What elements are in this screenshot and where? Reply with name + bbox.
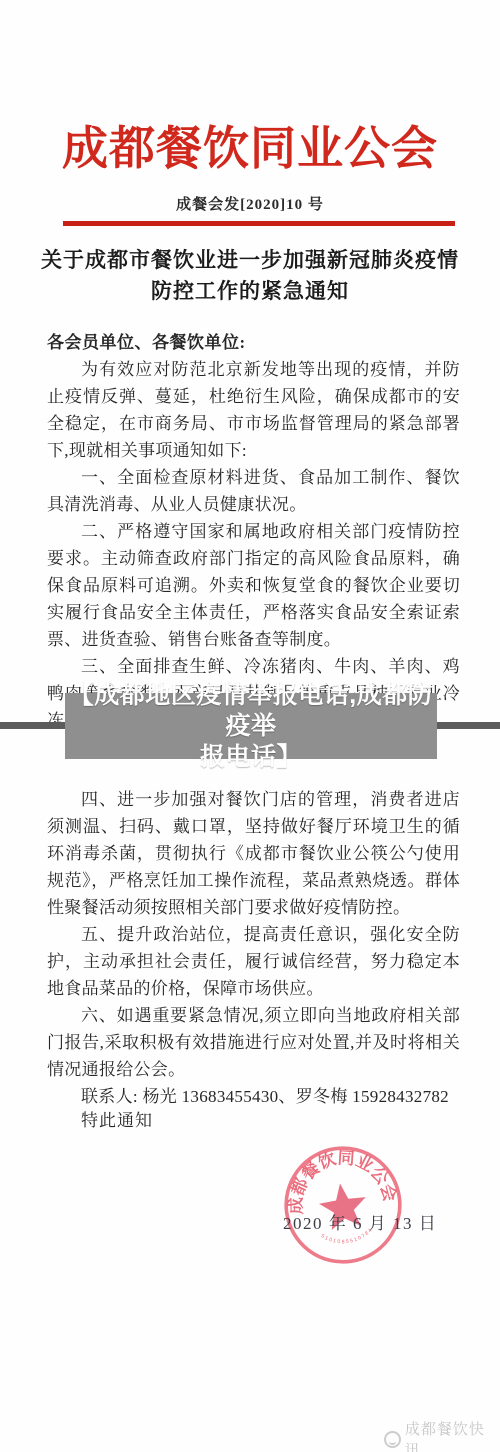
notice-title-line2: 防控工作的紧急通知 <box>30 276 470 307</box>
banner-text-line1: 【成都地区疫情举报电话,成都防疫举 <box>65 680 437 742</box>
overlay-caption-banner: 【成都地区疫情举报电话,成都防疫举 报电话】 <box>65 693 437 759</box>
paragraph-item-4: 四、进一步加强对餐饮门店的管理，消费者进店须测温、扫码、戴口罩，坚持做好餐厅环境… <box>47 786 460 921</box>
closing-phrase: 特此通知 <box>81 1106 153 1131</box>
document-number: 成餐会发[2020]10 号 <box>0 193 500 214</box>
source-watermark: 成都餐饮快讯 <box>384 1418 500 1452</box>
paragraph-item-2: 二、严格遵守国家和属地政府相关部门疫情防控要求。主动筛查政府部门指定的高风险食品… <box>47 518 460 653</box>
watermark-text: 成都餐饮快讯 <box>405 1418 500 1452</box>
issue-date: 2020 年 6 月 13 日 <box>283 1209 443 1234</box>
red-divider-rule <box>63 221 455 226</box>
paragraph-intro: 为有效应对防范北京新发地等出现的疫情，并防止疫情反弹、蔓延，杜绝衍生风险，确保成… <box>47 356 460 464</box>
seal-stamp-graphic: 成都餐饮同业公会 5101085510784 <box>273 1135 413 1275</box>
paragraph-item-1: 一、全面检查原材料进货、食品加工制作、餐饮具清洗消毒、从业人员健康状况。 <box>47 464 460 518</box>
notice-title-line1: 关于成都市餐饮业进一步加强新冠肺炎疫情 <box>30 245 470 276</box>
banner-text-line2: 报电话】 <box>65 742 437 773</box>
salutation: 各会员单位、各餐饮单位: <box>47 329 460 356</box>
notice-body-upper: 各会员单位、各餐饮单位: 为有效应对防范北京新发地等出现的疫情，并防止疫情反弹、… <box>47 329 460 734</box>
scanned-notice-page: 成都餐饮同业公会 成餐会发[2020]10 号 关于成都市餐饮业进一步加强新冠肺… <box>0 0 500 1452</box>
notice-body-lower: 四、进一步加强对餐饮门店的管理，消费者进店须测温、扫码、戴口罩，坚持做好餐厅环境… <box>47 786 460 1110</box>
paragraph-item-6: 六、如遇重要紧急情况,须立即向当地政府相关部门报告,采取积极有效措施进行应对处置… <box>47 1002 460 1083</box>
watermark-logo-icon <box>384 1431 401 1448</box>
notice-title: 关于成都市餐饮业进一步加强新冠肺炎疫情 防控工作的紧急通知 <box>30 245 470 307</box>
official-seal: 成都餐饮同业公会 5101085510784 <box>273 1135 413 1275</box>
paragraph-item-5: 五、提升政治站位，提高责任意识，强化安全防护，主动承担社会责任，履行诚信经营，努… <box>47 921 460 1002</box>
issuing-org-title: 成都餐饮同业公会 <box>0 112 500 178</box>
